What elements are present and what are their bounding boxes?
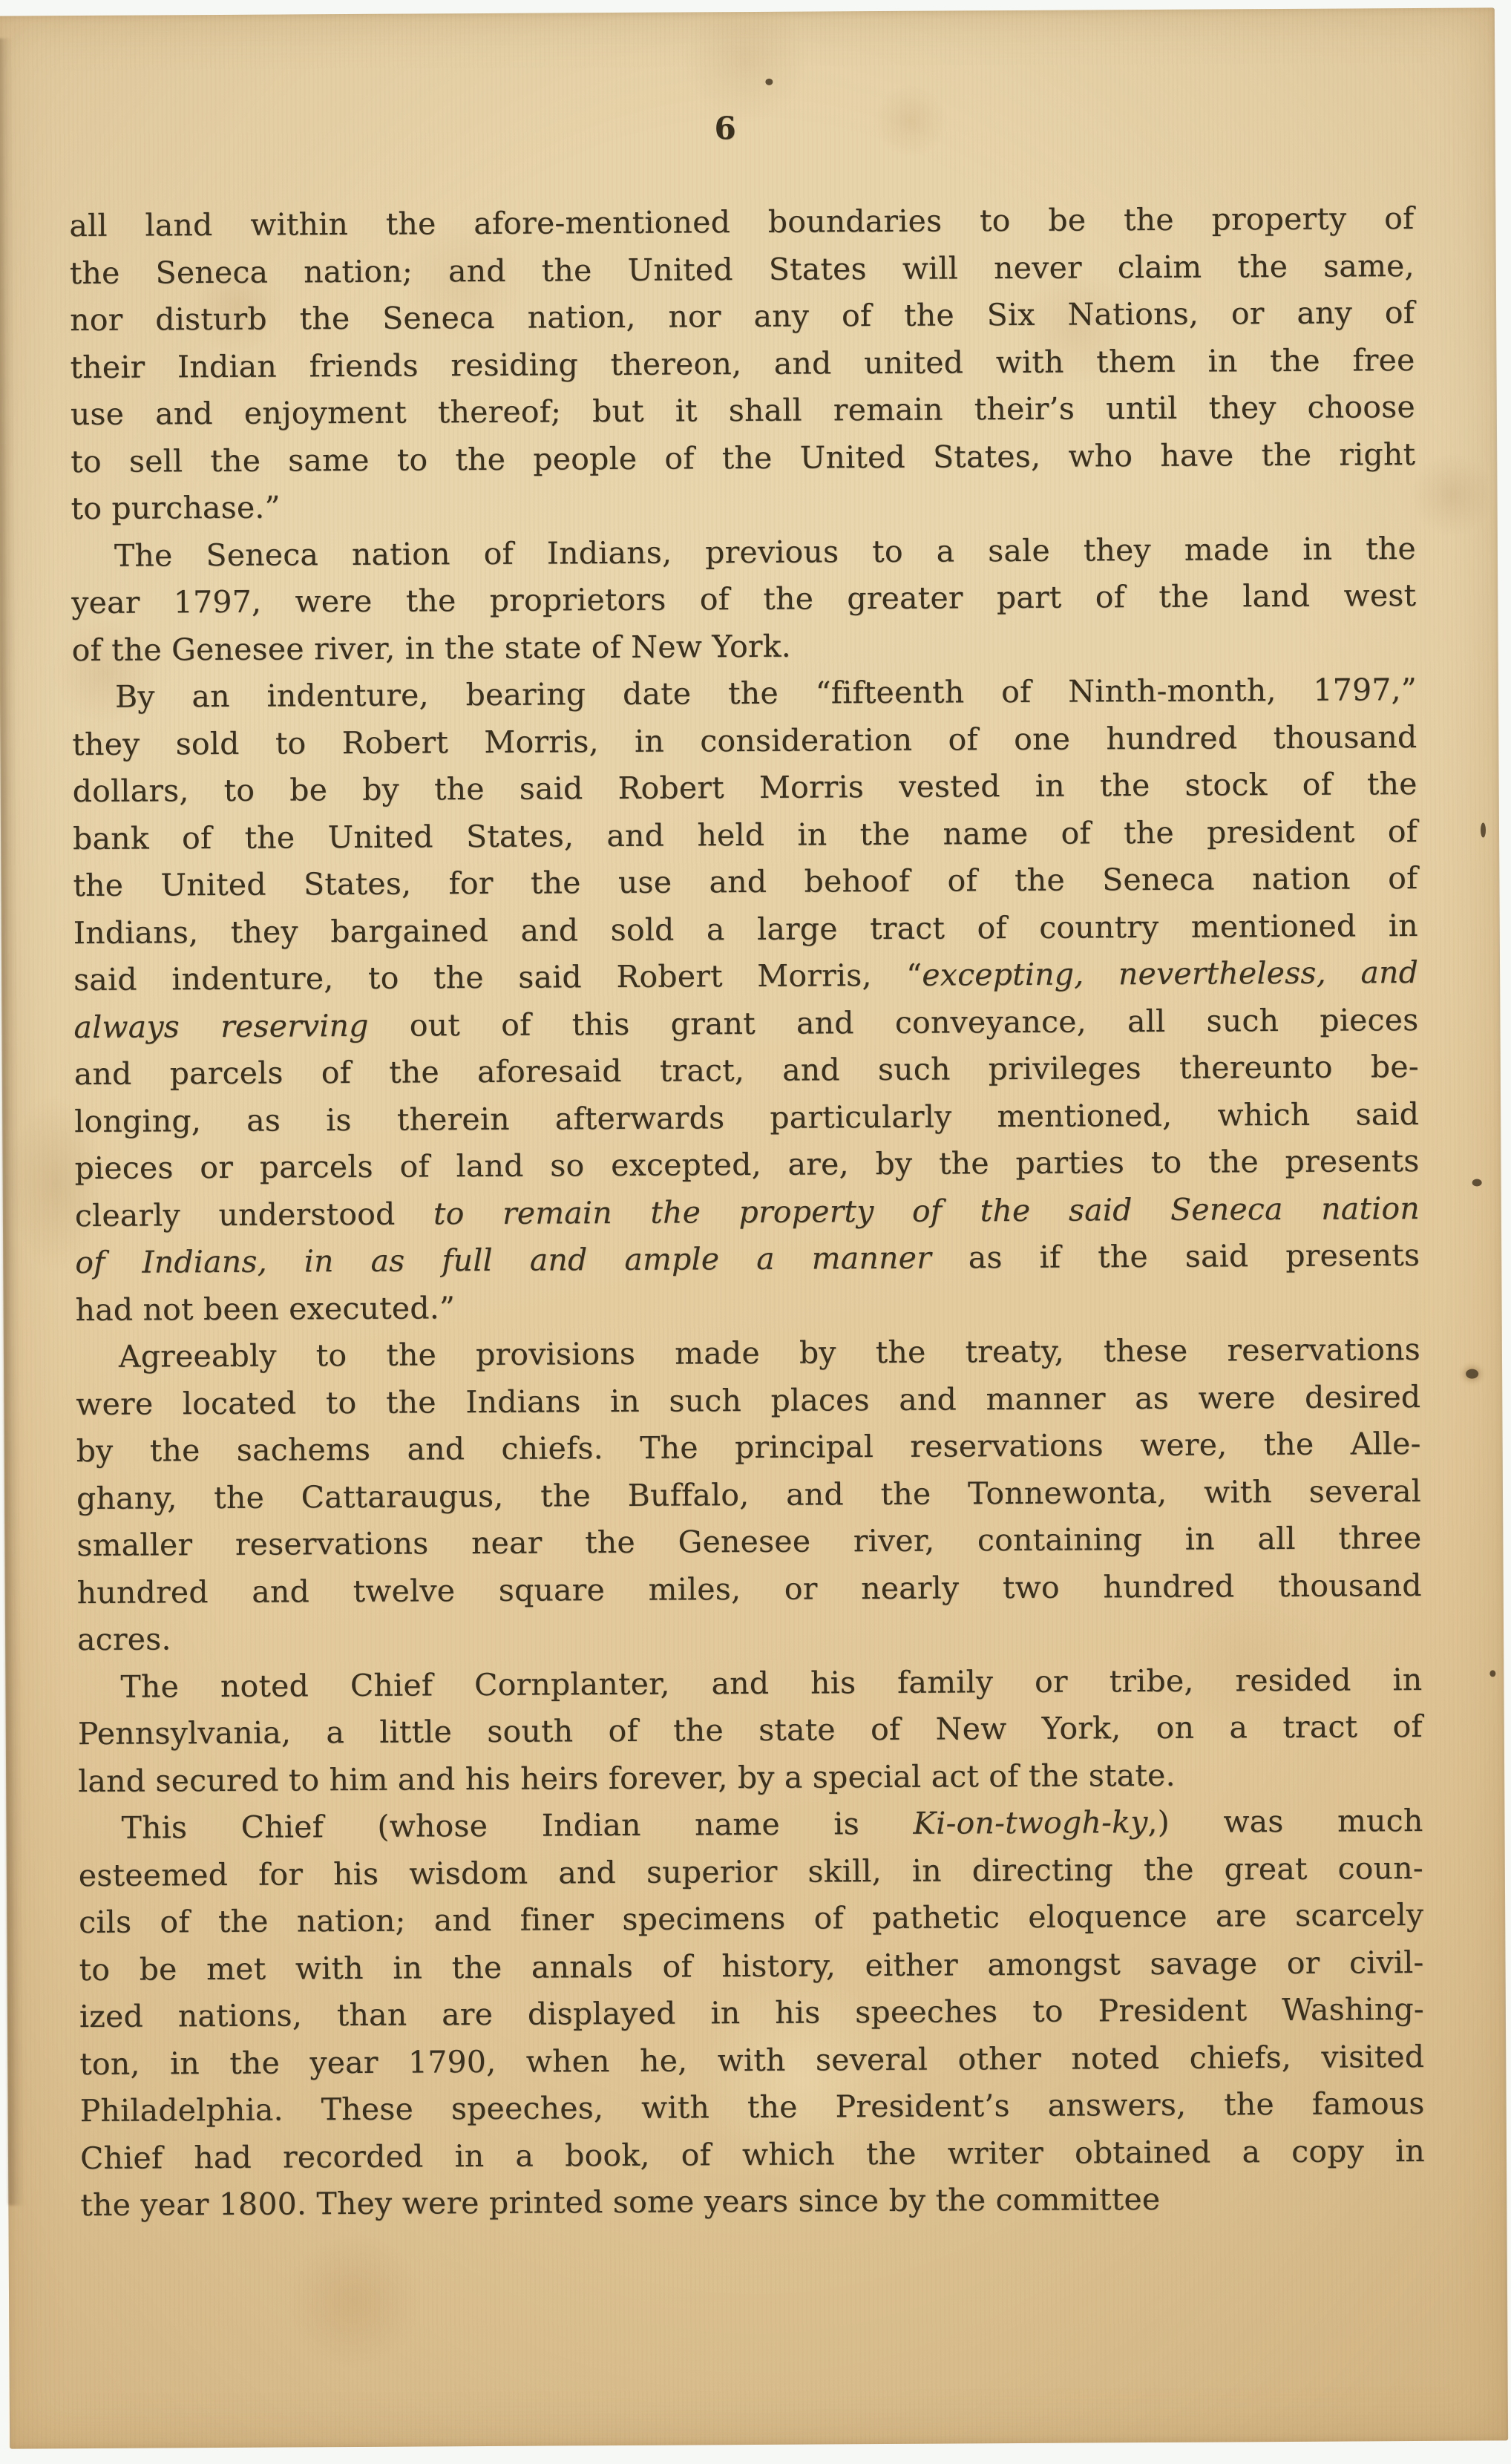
text-line: The Seneca nation of Indians, previous t…: [71, 525, 1416, 580]
text-segment: bank of the United States, and held in t…: [73, 813, 1417, 856]
text-line: the year 1800. They were printed some ye…: [80, 2175, 1425, 2229]
text-line: had not been executed.”: [75, 1279, 1420, 1334]
text-segment: use and enjoyment thereof; but it shall …: [71, 389, 1415, 432]
text-segment: had not been executed.”: [75, 1290, 455, 1328]
text-segment: Pennsylvania, a little south of the stat…: [78, 1708, 1423, 1752]
text-segment: longing, as is therein afterwards partic…: [74, 1095, 1419, 1138]
text-line: they sold to Robert Morris, in considera…: [72, 713, 1417, 768]
text-line: ton, in the year 1790, when he, with sev…: [79, 2033, 1424, 2088]
text-segment: to purchase.”: [71, 490, 280, 527]
text-line: to sell the same to the people of the Un…: [71, 430, 1415, 485]
text-line: ized nations, than are displayed in his …: [79, 1986, 1424, 2041]
text-line: cils of the nation; and finer specimens …: [79, 1892, 1423, 1947]
ink-speck: [1466, 1369, 1478, 1379]
text-segment: and parcels of the aforesaid tract, and …: [74, 1049, 1419, 1092]
text-segment: pieces or parcels of land so excepted, a…: [74, 1143, 1419, 1186]
text-segment: to be met with in the annals of history,…: [79, 1944, 1423, 1987]
italic-phrase: Ki-on-twogh-ky: [913, 1804, 1147, 1841]
text-segment: The noted Chief Cornplanter, and his fam…: [120, 1661, 1422, 1704]
text-line: Philadelphia. These speeches, with the P…: [79, 2080, 1424, 2135]
text-line: and parcels of the aforesaid tract, and …: [74, 1043, 1419, 1098]
text-line: pieces or parcels of land so excepted, a…: [74, 1138, 1419, 1193]
text-line: By an indenture, bearing date the “fifte…: [72, 666, 1417, 721]
text-segment: The Seneca nation of Indians, previous t…: [114, 530, 1416, 573]
text-segment: ghany, the Cattaraugus, the Buffalo, and…: [76, 1472, 1421, 1516]
text-segment: Philadelphia. These speeches, with the P…: [79, 2085, 1424, 2129]
text-line: nor disturb the Seneca nation, nor any o…: [70, 289, 1415, 344]
text-line: always reserving out of this grant and c…: [73, 996, 1418, 1051]
text-segment: they sold to Robert Morris, in considera…: [72, 718, 1417, 761]
text-segment: ton, in the year 1790, when he, with sev…: [79, 2038, 1424, 2081]
text-segment: cils of the nation; and finer specimens …: [79, 1897, 1423, 1940]
text-line: said indenture, to the said Robert Morri…: [73, 949, 1418, 1004]
text-line: Pennsylvania, a little south of the stat…: [78, 1703, 1423, 1758]
text-segment: Chief had recorded in a book, of which t…: [80, 2132, 1425, 2175]
text-line: The noted Chief Cornplanter, and his fam…: [77, 1656, 1422, 1711]
text-line: esteemed for his wisdom and superior ski…: [79, 1844, 1423, 1899]
text-line: year 1797, were the proprietors of the g…: [71, 572, 1416, 627]
text-line: the Seneca nation; and the United States…: [70, 242, 1415, 297]
text-segment: to sell the same to the people of the Un…: [71, 436, 1415, 479]
text-line: smaller reservations near the Genesee ri…: [76, 1515, 1421, 1570]
text-line: their Indian friends residing thereon, a…: [70, 336, 1415, 391]
text-segment: said indenture, to the said Robert Morri…: [73, 957, 922, 997]
text-segment: the Seneca nation; and the United States…: [70, 247, 1415, 290]
text-line: land secured to him and his heirs foreve…: [78, 1750, 1423, 1805]
text-segment: Agreeably to the provisions made by the …: [119, 1331, 1420, 1374]
text-segment: year 1797, were the proprietors of the g…: [71, 577, 1416, 620]
text-line: This Chief (whose Indian name is Ki-on-t…: [78, 1798, 1423, 1852]
text-segment: out of this grant and conveyance, all su…: [369, 1001, 1419, 1043]
text-segment: hundred and twelve square miles, or near…: [77, 1567, 1422, 1610]
text-segment: the United States, for the use and behoo…: [73, 860, 1417, 903]
text-segment: Indians, they bargained and sold a large…: [73, 907, 1418, 950]
text-segment: smaller reservations near the Genesee ri…: [76, 1520, 1421, 1563]
text-line: of Indians, in as full and ample a manne…: [75, 1232, 1420, 1287]
text-segment: ,) was much: [1147, 1803, 1423, 1840]
text-line: hundred and twelve square miles, or near…: [77, 1562, 1422, 1616]
text-line: acres.: [77, 1609, 1422, 1664]
text-segment: By an indenture, bearing date the “fifte…: [115, 672, 1417, 715]
italic-phrase: excepting, nevertheless, and: [922, 954, 1418, 993]
text-segment: land secured to him and his heirs foreve…: [78, 1757, 1176, 1798]
text-segment: all land within the afore-mentioned boun…: [69, 200, 1414, 243]
text-segment: as if the said presents: [931, 1237, 1420, 1276]
text-line: to purchase.”: [71, 478, 1415, 533]
text-segment: their Indian friends residing thereon, a…: [70, 341, 1415, 384]
text-segment: clearly understood: [75, 1196, 433, 1233]
text-segment: esteemed for his wisdom and superior ski…: [79, 1849, 1423, 1893]
text-line: dollars, to be by the said Robert Morris…: [73, 761, 1417, 816]
page-number: 6: [0, 106, 1475, 151]
text-line: Agreeably to the provisions made by the …: [76, 1326, 1420, 1381]
text-segment: ized nations, than are displayed in his …: [79, 1991, 1424, 2034]
text-line: were located to the Indians in such plac…: [76, 1373, 1420, 1428]
text-line: all land within the afore-mentioned boun…: [69, 195, 1414, 250]
text-segment: nor disturb the Seneca nation, nor any o…: [70, 295, 1415, 338]
text-line: the United States, for the use and behoo…: [73, 855, 1417, 910]
text-segment: the year 1800. They were printed some ye…: [80, 2181, 1160, 2223]
book-page: 6 all land within the afore-mentioned bo…: [0, 7, 1508, 2448]
text-line: of the Genesee river, in the state of Ne…: [71, 619, 1416, 674]
text-segment: This Chief (whose Indian name is: [121, 1806, 913, 1846]
text-segment: by the sachems and chiefs. The principal…: [76, 1426, 1421, 1469]
text-line: Chief had recorded in a book, of which t…: [80, 2127, 1425, 2182]
page-text-block: all land within the afore-mentioned boun…: [69, 195, 1425, 2229]
text-line: to be met with in the annals of history,…: [79, 1939, 1423, 1993]
text-segment: acres.: [77, 1621, 171, 1657]
italic-phrase: to remain the property of the said Senec…: [433, 1190, 1420, 1231]
text-segment: of the Genesee river, in the state of Ne…: [71, 628, 791, 667]
text-line: clearly understood to remain the propert…: [75, 1185, 1420, 1239]
text-line: Indians, they bargained and sold a large…: [73, 902, 1418, 957]
ink-speck: [1481, 822, 1486, 837]
text-line: use and enjoyment thereof; but it shall …: [71, 384, 1415, 439]
ink-speck: [1489, 1670, 1495, 1677]
text-line: ghany, the Cattaraugus, the Buffalo, and…: [76, 1467, 1421, 1522]
text-line: by the sachems and chiefs. The principal…: [76, 1421, 1420, 1475]
text-line: bank of the United States, and held in t…: [73, 807, 1417, 862]
text-segment: were located to the Indians in such plac…: [76, 1378, 1420, 1421]
ink-speck: [765, 79, 773, 85]
italic-phrase: always reserving: [73, 1007, 368, 1044]
ink-speck: [1472, 1179, 1482, 1187]
text-segment: dollars, to be by the said Robert Morris…: [73, 766, 1417, 809]
text-line: longing, as is therein afterwards partic…: [74, 1090, 1419, 1145]
italic-phrase: of Indians, in as full and ample a manne…: [75, 1240, 931, 1280]
